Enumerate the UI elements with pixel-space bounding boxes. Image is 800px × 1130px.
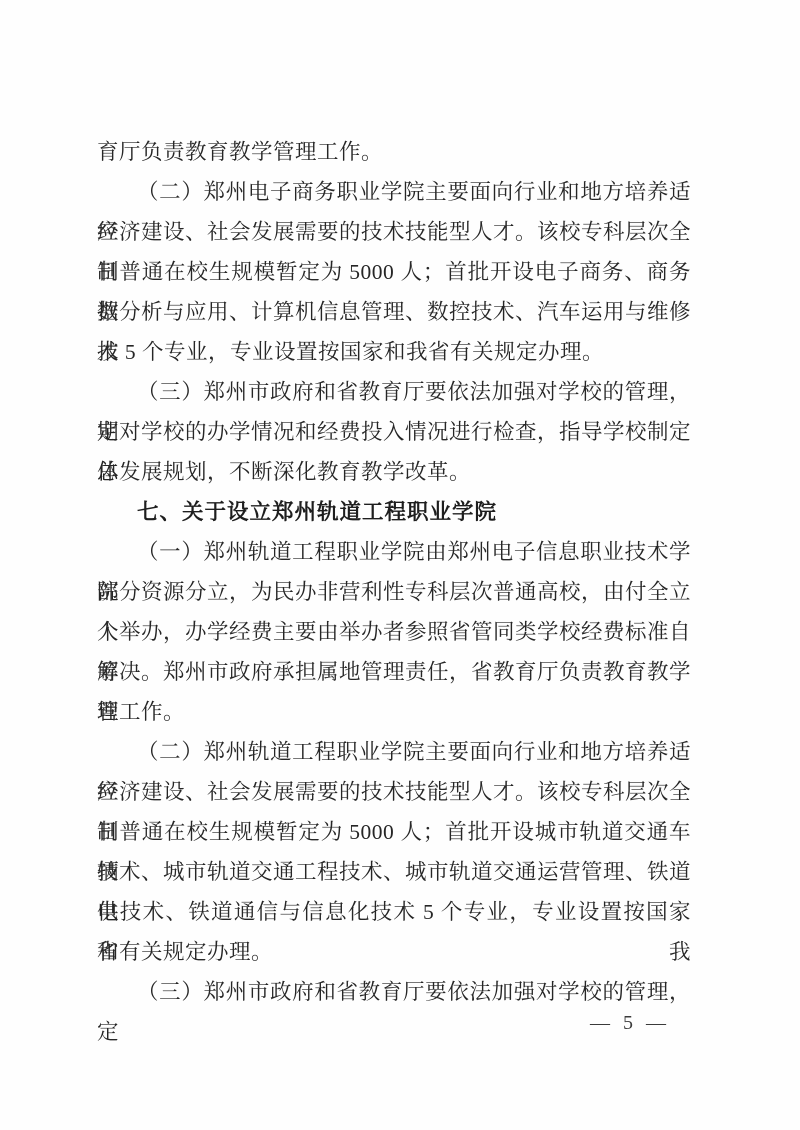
text-line: 理工作。 bbox=[97, 692, 691, 732]
text-line: 术 5 个专业，专业设置按国家和我省有关规定办理。 bbox=[97, 332, 691, 372]
text-line: 技术、城市轨道交通工程技术、城市轨道交通运营管理、铁道供 bbox=[97, 852, 691, 892]
page-number: — 5 — bbox=[590, 1010, 670, 1036]
text-line: （一）郑州轨道工程职业学院由郑州电子信息职业技术学院 bbox=[97, 532, 691, 572]
section-heading: 七、关于设立郑州轨道工程职业学院 bbox=[97, 492, 691, 532]
document-page: 育厅负责教育教学管理工作。 （二）郑州电子商务职业学院主要面向行业和地方培养适应… bbox=[0, 0, 800, 1130]
text-line: 制普通在校生规模暂定为 5000 人；首批开设电子商务、商务数 bbox=[97, 252, 691, 292]
text-line: 期对学校的办学情况和经费投入情况进行检查，指导学校制定总 bbox=[97, 412, 691, 452]
text-line: （二）郑州电子商务职业学院主要面向行业和地方培养适应 bbox=[97, 172, 691, 212]
text-line: 经济建设、社会发展需要的技术技能型人才。该校专科层次全日 bbox=[97, 212, 691, 252]
document-body: 育厅负责教育教学管理工作。 （二）郑州电子商务职业学院主要面向行业和地方培养适应… bbox=[97, 132, 691, 1012]
text-line: 体发展规划，不断深化教育教学改革。 bbox=[97, 452, 691, 492]
text-line: （三）郑州市政府和省教育厅要依法加强对学校的管理，定 bbox=[97, 372, 691, 412]
text-line: 解决。郑州市政府承担属地管理责任，省教育厅负责教育教学管 bbox=[97, 652, 691, 692]
text-line: （三）郑州市政府和省教育厅要依法加强对学校的管理，定 bbox=[97, 972, 691, 1012]
text-line: 据分析与应用、计算机信息管理、数控技术、汽车运用与维修技 bbox=[97, 292, 691, 332]
text-line: 经济建设、社会发展需要的技术技能型人才。该校专科层次全日 bbox=[97, 772, 691, 812]
text-line: 部分资源分立，为民办非营利性专科层次普通高校，由付全立个 bbox=[97, 572, 691, 612]
text-line: （二）郑州轨道工程职业学院主要面向行业和地方培养适应 bbox=[97, 732, 691, 772]
text-line: 制普通在校生规模暂定为 5000 人；首批开设城市轨道交通车辆 bbox=[97, 812, 691, 852]
text-line: 育厅负责教育教学管理工作。 bbox=[97, 132, 691, 172]
text-line: 电技术、铁道通信与信息化技术 5 个专业，专业设置按国家和我 bbox=[97, 892, 691, 932]
text-line: 人举办，办学经费主要由举办者参照省管同类学校经费标准自筹 bbox=[97, 612, 691, 652]
